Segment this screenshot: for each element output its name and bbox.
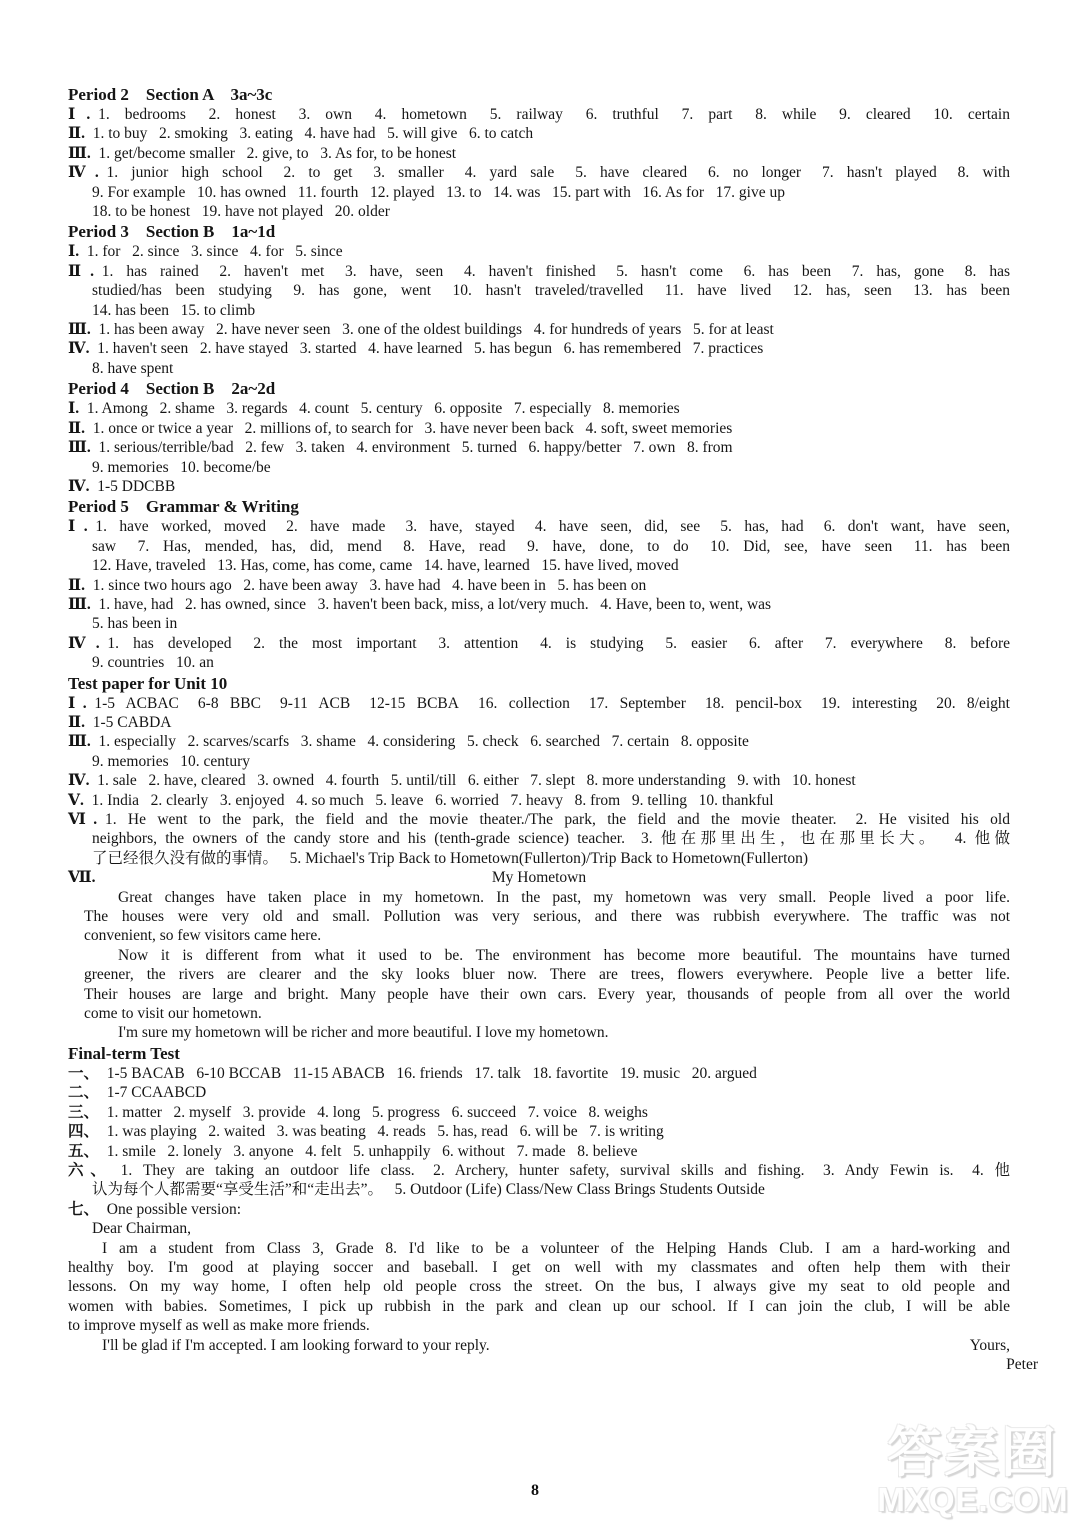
text-line: 七、 One possible version: <box>68 1200 1010 1219</box>
text-line: saw 7. Has, mended, has, did, mend 8. Ha… <box>92 537 1010 556</box>
text-line: 9. countries 10. an <box>92 653 1010 672</box>
item-marker: 七、 <box>68 1201 107 1218</box>
essay-title-line: Ⅶ.My Hometown <box>68 868 1010 887</box>
item-marker: Ⅱ. <box>68 714 93 731</box>
item-marker: Ⅱ. <box>68 420 93 437</box>
text-line: come to visit our hometown. <box>84 1004 1010 1023</box>
text-line: 8. have spent <box>92 359 1010 378</box>
section-header: Period 2 Section A 3a~3c <box>68 84 1010 105</box>
text-line: Ⅴ. 1. India 2. clearly 3. enjoyed 4. so … <box>68 791 1010 810</box>
text-line: Now it is different from what it used to… <box>84 946 1010 965</box>
item-marker: Ⅰ. <box>68 518 95 535</box>
text-line: I am a student from Class 3, Grade 8. I'… <box>68 1239 1010 1258</box>
text-line: Ⅲ. 1. serious/terrible/bad 2. few 3. tak… <box>68 438 1010 457</box>
item-marker: Ⅱ. <box>68 263 102 280</box>
item-marker: Ⅰ. <box>68 400 87 417</box>
item-marker: Ⅳ. <box>68 772 97 789</box>
item-marker: Ⅰ. <box>68 695 94 712</box>
text-line: Ⅲ. 1. especially 2. scarves/scarfs 3. sh… <box>68 732 1010 751</box>
text-line: Their houses are large and bright. Many … <box>84 985 1010 1004</box>
text-line: 18. to be honest 19. have not played 20.… <box>92 202 1010 221</box>
item-marker: Ⅱ. <box>68 577 93 594</box>
section-header: Test paper for Unit 10 <box>68 673 1010 694</box>
section-header: Final-term Test <box>68 1043 1010 1064</box>
text-line: 14. has been 15. to climb <box>92 301 1010 320</box>
letter-closing-text: I'll be glad if I'm accepted. I am looki… <box>68 1336 490 1355</box>
text-line: Ⅰ. 1. for 2. since 3. since 4. for 5. si… <box>68 242 1010 261</box>
text-line: healthy boy. I'm good at playing soccer … <box>68 1258 1010 1277</box>
section-header: Period 5 Grammar & Writing <box>68 496 1010 517</box>
item-marker: Ⅱ. <box>68 125 93 142</box>
text-line: to improve myself as well as make more f… <box>68 1316 1010 1335</box>
text-line: 五、 1. smile 2. lonely 3. anyone 4. felt … <box>68 1142 1010 1161</box>
text-line: Ⅲ. 1. has been away 2. have never seen 3… <box>68 320 1010 339</box>
text-line: Ⅰ. 1. Among 2. shame 3. regards 4. count… <box>68 399 1010 418</box>
text-line: Peter <box>68 1355 1038 1374</box>
text-line: 二、 1-7 CCAABCD <box>68 1083 1010 1102</box>
watermark-brand: 答案圈 <box>868 1424 1070 1482</box>
text-line: 认为每个人都需要“享受生活”和“走出去”。 5. Outdoor (Life) … <box>92 1180 1010 1199</box>
text-line: Ⅲ. 1. have, had 2. has owned, since 3. h… <box>68 595 1010 614</box>
item-marker: 五、 <box>68 1143 107 1160</box>
answer-key-page: Period 2 Section A 3a~3cⅠ. 1. bedrooms 2… <box>0 0 1070 1536</box>
item-marker: 三、 <box>68 1104 107 1121</box>
text-line: Ⅱ. 1. once or twice a year 2. millions o… <box>68 419 1010 438</box>
item-marker: Ⅳ. <box>68 164 107 181</box>
text-line: neighbors, the owners of the candy store… <box>92 829 1010 848</box>
text-line: I'm sure my hometown will be richer and … <box>84 1023 1010 1042</box>
text-line: Ⅳ. 1-5 DDCBB <box>68 477 1010 496</box>
text-line: Ⅰ. 1. bedrooms 2. honest 3. own 4. homet… <box>68 105 1010 124</box>
text-line: 四、 1. was playing 2. waited 3. was beati… <box>68 1122 1010 1141</box>
item-marker: Ⅳ. <box>68 340 97 357</box>
item-marker: Ⅰ. <box>68 106 98 123</box>
section-header: Period 3 Section B 1a~1d <box>68 221 1010 242</box>
item-marker: 一、 <box>68 1065 107 1082</box>
content: Period 2 Section A 3a~3cⅠ. 1. bedrooms 2… <box>68 84 1010 1374</box>
text-line: 六、 1. They are taking an outdoor life cl… <box>68 1161 1010 1180</box>
text-line: Ⅳ. 1. sale 2. have, cleared 3. owned 4. … <box>68 771 1010 790</box>
item-marker: Ⅰ. <box>68 243 87 260</box>
item-marker: Ⅲ. <box>68 733 99 750</box>
text-line: 9. memories 10. century <box>92 752 1010 771</box>
text-line: 9. For example 10. has owned 11. fourth … <box>92 183 1010 202</box>
text-line: Dear Chairman, <box>92 1219 1010 1238</box>
text-line: 了已经很久没有做的事情。 5. Michael's Trip Back to H… <box>92 849 1010 868</box>
text-line: Ⅱ. 1-5 CABDA <box>68 713 1010 732</box>
text-line: Ⅳ. 1. junior high school 2. to get 3. sm… <box>68 163 1010 182</box>
text-line: lessons. On my way home, I often help ol… <box>68 1277 1010 1296</box>
text-line: Ⅲ. 1. get/become smaller 2. give, to 3. … <box>68 144 1010 163</box>
text-line: Great changes have taken place in my hom… <box>84 888 1010 907</box>
item-marker: Ⅳ. <box>68 478 97 495</box>
letter-closing-line: I'll be glad if I'm accepted. I am looki… <box>68 1336 1010 1355</box>
text-line: The houses were very old and small. Poll… <box>84 907 1010 926</box>
text-line: Ⅳ. 1. haven't seen 2. have stayed 3. sta… <box>68 339 1010 358</box>
text-line: Ⅰ. 1. have worked, moved 2. have made 3.… <box>68 517 1010 536</box>
watermark: 答案圈 MXQE.COM <box>868 1424 1070 1518</box>
text-line: Ⅱ. 1. has rained 2. haven't met 3. have,… <box>68 262 1010 281</box>
section-header: Period 4 Section B 2a~2d <box>68 378 1010 399</box>
text-line: 一、 1-5 BACAB 6-10 BCCAB 11-15 ABACB 16. … <box>68 1064 1010 1083</box>
item-marker: Ⅶ. <box>68 868 96 887</box>
text-line: 三、 1. matter 2. myself 3. provide 4. lon… <box>68 1103 1010 1122</box>
text-line: women with babies. Sometimes, I pick up … <box>68 1297 1010 1316</box>
item-marker: 四、 <box>68 1123 107 1140</box>
text-line: Ⅵ. 1. He went to the park, the field and… <box>68 810 1010 829</box>
item-marker: Ⅲ. <box>68 439 99 456</box>
text-line: convenient, so few visitors came here. <box>84 926 1010 945</box>
item-marker: Ⅲ. <box>68 321 99 338</box>
text-line: 12. Have, traveled 13. Has, come, has co… <box>92 556 1010 575</box>
text-line: Ⅰ. 1-5 ACBAC 6-8 BBC 9-11 ACB 12-15 BCBA… <box>68 694 1010 713</box>
text-line: 5. has been in <box>92 614 1010 633</box>
text-line: Ⅳ. 1. has developed 2. the most importan… <box>68 634 1010 653</box>
text-line: Ⅱ. 1. since two hours ago 2. have been a… <box>68 576 1010 595</box>
item-marker: Ⅵ. <box>68 811 105 828</box>
item-marker: Ⅲ. <box>68 596 99 613</box>
item-marker: 六、 <box>68 1162 121 1179</box>
text-line: Ⅱ. 1. to buy 2. smoking 3. eating 4. hav… <box>68 124 1010 143</box>
item-marker: Ⅲ. <box>68 145 99 162</box>
text-line: greener, the rivers are clearer and the … <box>84 965 1010 984</box>
letter-signoff: Yours, <box>970 1336 1010 1355</box>
item-marker: 二、 <box>68 1084 107 1101</box>
text-line: 9. memories 10. become/be <box>92 458 1010 477</box>
text-line: studied/has been studying 9. has gone, w… <box>92 281 1010 300</box>
essay-title: My Hometown <box>68 868 1010 887</box>
item-marker: Ⅴ. <box>68 792 92 809</box>
watermark-site: MXQE.COM <box>868 1482 1070 1518</box>
item-marker: Ⅳ. <box>68 635 107 652</box>
